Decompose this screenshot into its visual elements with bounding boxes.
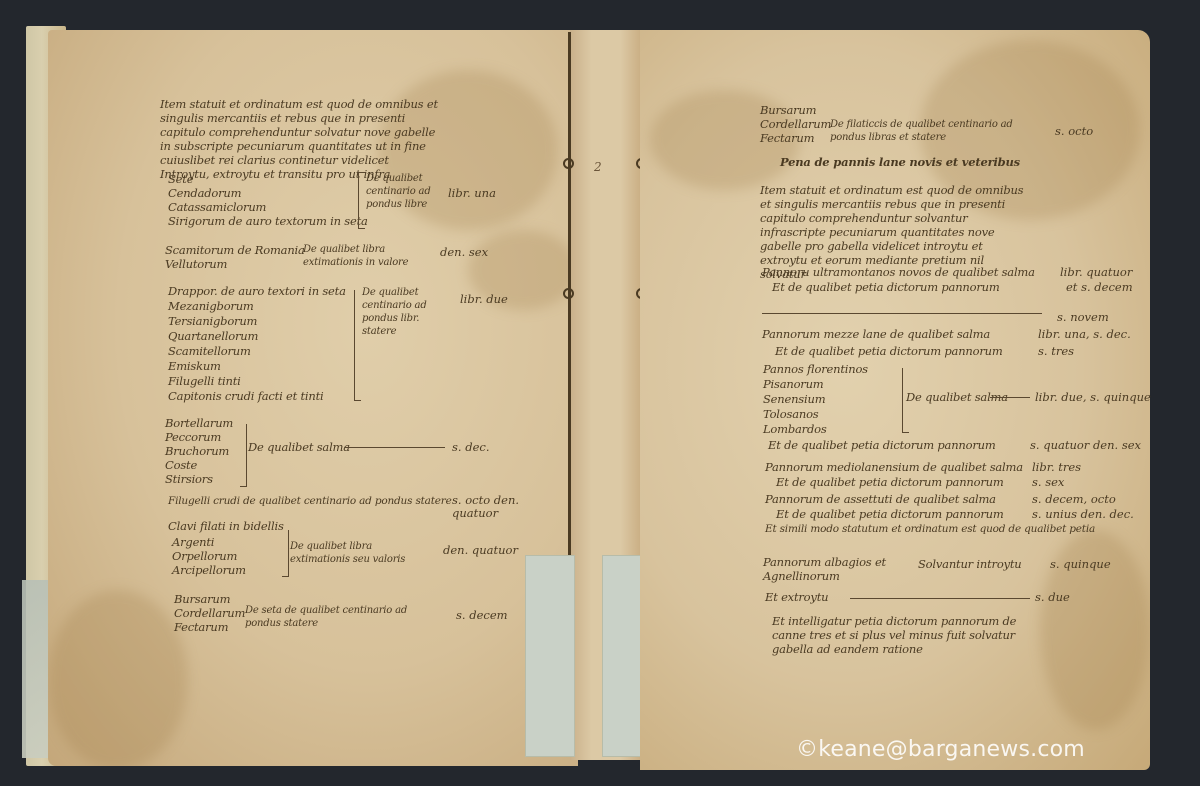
water-stain bbox=[48, 590, 188, 766]
right-row-value: s. sex bbox=[1032, 475, 1064, 489]
list-item: Fectarum bbox=[760, 131, 831, 145]
leader-rule bbox=[850, 598, 1030, 599]
list-item: Catassamiclorum bbox=[168, 200, 368, 214]
list-item: Vellutorum bbox=[165, 257, 305, 271]
right-row-value: et s. decem bbox=[1066, 280, 1133, 294]
list-item: Argenti bbox=[172, 535, 246, 549]
paper-tab bbox=[602, 555, 642, 757]
list-item: Sete bbox=[168, 172, 368, 186]
left-group7-value: s. decem bbox=[456, 608, 508, 622]
left-group4-value: s. dec. bbox=[452, 440, 489, 454]
list-item: Pannorum albagios et bbox=[763, 555, 886, 569]
left-group6-rate: De qualibet libra extimationis seu valor… bbox=[290, 540, 430, 566]
left-group7-items: Bursarum Cordellarum Fectarum bbox=[174, 592, 245, 634]
bracket bbox=[282, 530, 289, 577]
right-extroytu-text: Et extroytu bbox=[765, 590, 828, 604]
right-extroytu-value: s. due bbox=[1035, 590, 1070, 604]
right-row-text: Et de qualibet petia dictorum pannorum bbox=[776, 507, 1004, 521]
list-item: Pannos florentinos bbox=[763, 362, 868, 377]
list-item: Fectarum bbox=[174, 620, 245, 634]
right-row-text: Et de qualibet petia dictorum pannorum bbox=[775, 344, 1003, 358]
paper-tab bbox=[525, 555, 575, 757]
right-albagio-value: s. quinque bbox=[1050, 557, 1111, 571]
right-florentine-value: libr. due, s. quinque bbox=[1035, 390, 1151, 404]
right-row-value: s. quatuor den. sex bbox=[1030, 438, 1141, 452]
left-group3-items: Drappor. de auro textori in seta Mezanig… bbox=[168, 284, 346, 404]
list-item: Lombardos bbox=[763, 422, 868, 437]
right-albagio-items: Pannorum albagios et Agnellinorum bbox=[763, 555, 886, 583]
list-item: Quartanellorum bbox=[168, 329, 346, 344]
list-item: Bursarum bbox=[760, 103, 831, 117]
leader-rule bbox=[762, 313, 1042, 314]
list-item: Senensium bbox=[763, 392, 868, 407]
leader-rule bbox=[990, 397, 1030, 398]
list-item: Mezanigborum bbox=[168, 299, 346, 314]
right-row-text: Et de qualibet petia dictorum pannorum bbox=[772, 280, 1000, 294]
left-line5-text: Filugelli crudi de qualibet centinario a… bbox=[168, 494, 452, 508]
list-item: Emiskum bbox=[168, 359, 346, 374]
right-section-heading: Pena de pannis lane novis et veteribus bbox=[780, 155, 1020, 169]
left-group7-rate: De seta de qualibet centinario ad pondus… bbox=[245, 604, 445, 630]
list-item: Tolosanos bbox=[763, 407, 868, 422]
left-line5-value: s. octo den. quatuor bbox=[452, 494, 522, 520]
folio-number-left: 2 bbox=[594, 160, 602, 174]
list-item: Cendadorum bbox=[168, 186, 368, 200]
right-row-value: libr. tres bbox=[1032, 460, 1081, 474]
left-group6-value: den. quatuor bbox=[443, 543, 518, 557]
left-group2-value: den. sex bbox=[440, 245, 488, 259]
left-group4-rate: De qualibet salma bbox=[248, 440, 350, 454]
copyright-watermark: ©keane@barganews.com bbox=[796, 737, 1085, 762]
list-item: Orpellorum bbox=[172, 549, 246, 563]
right-closing-paragraph: Et intelligatur petia dictorum pannorum … bbox=[772, 614, 1037, 656]
left-group1-items: Sete Cendadorum Catassamiclorum Sirigoru… bbox=[168, 172, 368, 228]
right-row-text: Et simili modo statutum et ordinatum est… bbox=[765, 522, 1095, 536]
right-row-text: Pannorum de assettuti de qualibet salma bbox=[765, 492, 996, 506]
left-group4-items: Bortellarum Peccorum Bruchorum Coste Sti… bbox=[165, 416, 233, 486]
list-item: Pisanorum bbox=[763, 377, 868, 392]
binding-stitch bbox=[563, 288, 574, 299]
list-item: Tersianigborum bbox=[168, 314, 346, 329]
list-item: Scamitorum de Romania bbox=[165, 243, 305, 257]
left-group1-value: libr. una bbox=[448, 186, 496, 200]
leader-rule bbox=[345, 447, 445, 448]
bracket bbox=[354, 290, 361, 401]
right-row-value: s. decem, octo bbox=[1032, 492, 1116, 506]
bracket bbox=[358, 172, 365, 229]
list-item: Peccorum bbox=[165, 430, 233, 444]
manuscript-spread: 2 38i Item statuit et ordinatum est quod… bbox=[0, 0, 1200, 786]
list-item: Cordellarum bbox=[174, 606, 245, 620]
list-item: Drappor. de auro textori in seta bbox=[168, 284, 346, 299]
list-item: Bursarum bbox=[174, 592, 245, 606]
right-row-value: libr. una, s. dec. bbox=[1038, 327, 1131, 341]
right-row-value: libr. quatuor bbox=[1060, 265, 1132, 279]
right-row-text: Pannoru ultramontanos novos de qualibet … bbox=[762, 265, 1035, 279]
list-item: Coste bbox=[165, 458, 233, 472]
list-item: Stirsiors bbox=[165, 472, 233, 486]
left-group1-rate: De qualibet centinario ad pondus libre bbox=[366, 172, 438, 211]
right-row-text: Pannorum mediolanensium de qualibet salm… bbox=[765, 460, 1023, 474]
right-row-value: s. novem bbox=[1057, 310, 1109, 324]
right-albagio-rate: Solvantur introytu bbox=[918, 557, 1021, 571]
list-item: Filugelli tinti bbox=[168, 374, 346, 389]
bracket bbox=[240, 424, 247, 487]
left-group2-items: Scamitorum de Romania Vellutorum bbox=[165, 243, 305, 271]
binding-stitch bbox=[563, 158, 574, 169]
left-group6-header: Clavi filati in bidellis bbox=[168, 519, 284, 533]
list-item: Capitonis crudi facti et tinti bbox=[168, 389, 346, 404]
right-row-text: Et de qualibet petia dictorum pannorum bbox=[776, 475, 1004, 489]
list-item: Sirigorum de auro textorum in seta bbox=[168, 214, 368, 228]
list-item: Cordellarum bbox=[760, 117, 831, 131]
right-group1-value: s. octo bbox=[1055, 124, 1093, 138]
list-item: Bruchorum bbox=[165, 444, 233, 458]
right-row-text: Pannorum mezze lane de qualibet salma bbox=[762, 327, 990, 341]
left-group3-value: libr. due bbox=[460, 292, 508, 306]
right-florentine-items: Pannos florentinos Pisanorum Senensium T… bbox=[763, 362, 868, 437]
right-row-value: s. unius den. dec. bbox=[1032, 507, 1134, 521]
list-item: Scamitellorum bbox=[168, 344, 346, 359]
list-item: Agnellinorum bbox=[763, 569, 886, 583]
left-group6-items: Argenti Orpellorum Arcipellorum bbox=[172, 535, 246, 577]
list-item: Arcipellorum bbox=[172, 563, 246, 577]
list-item: Bortellarum bbox=[165, 416, 233, 430]
right-group1-rate: De filaticcis de qualibet centinario ad … bbox=[830, 118, 1040, 144]
left-intro-paragraph: Item statuit et ordinatum est quod de om… bbox=[160, 97, 440, 181]
left-group3-rate: De qualibet centinario ad pondus libr. s… bbox=[362, 286, 444, 338]
right-row-value: s. tres bbox=[1038, 344, 1074, 358]
right-group1-items: Bursarum Cordellarum Fectarum bbox=[760, 103, 831, 145]
left-group2-rate: De qualibet libra extimationis in valore bbox=[303, 243, 433, 269]
right-row-text: Et de qualibet petia dictorum pannorum bbox=[768, 438, 996, 452]
